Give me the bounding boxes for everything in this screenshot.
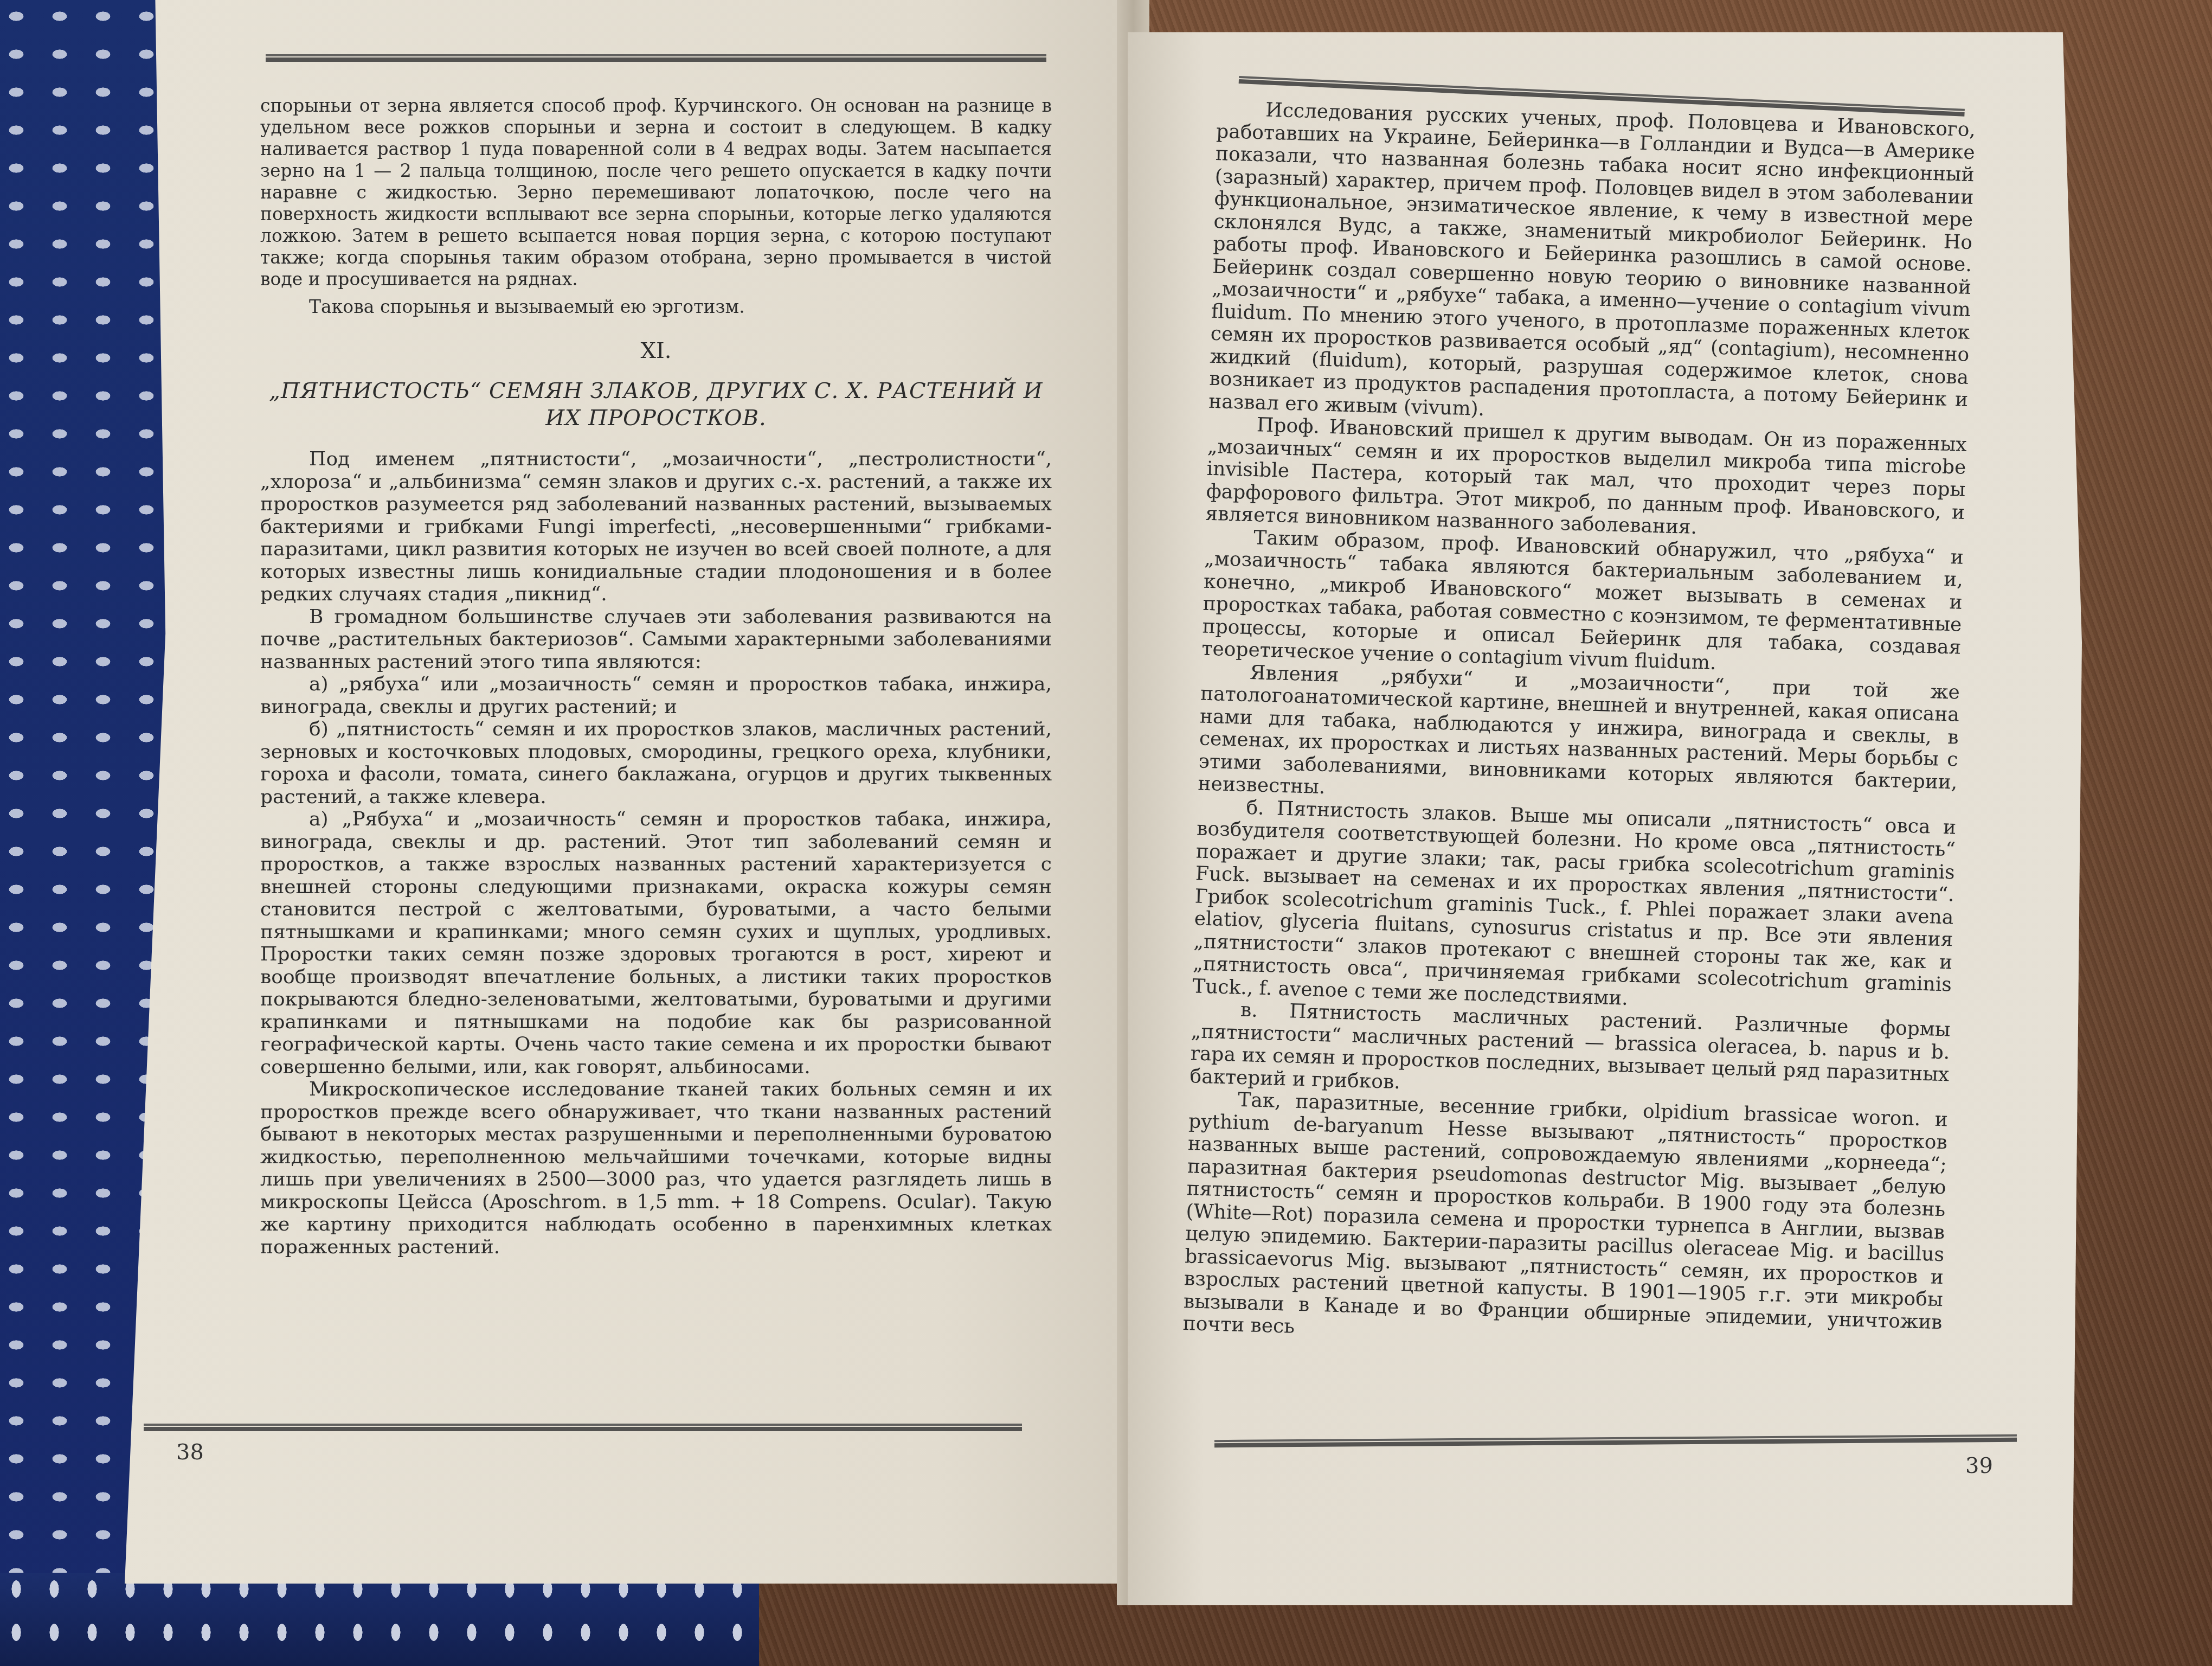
list-item-a: а) „рябуха“ или „мозаичность“ семян и пр… [260,673,1052,718]
section-a-paragraph: а) „Рябуха“ и „мозаичность“ семян и прор… [260,808,1052,1078]
left-page-text: спорыньи от зерна является способ проф. … [260,95,1052,1258]
top-rule-left [266,54,1046,62]
paragraph: Микроскопическое исследование тканей так… [260,1078,1052,1258]
section-b-paragraph: б. Пятнистость злаков. Выше мы описали „… [1192,795,1957,1018]
paragraph: Так, паразитные, весенние грибки, olpidi… [1182,1087,1948,1356]
paragraph: В громадном большинстве случаев эти забо… [260,606,1052,674]
closing-line: Такова спорынья и вызываемый ею эрготизм… [260,296,1052,318]
paragraph: Проф. Ивановский пришел к другим выводам… [1205,413,1967,547]
paragraph: Явления „рябухи“ и „мозаичности“, при то… [1198,660,1960,816]
paragraph: Исследования русских ученых, проф. Полов… [1208,98,1976,434]
page-number-right: 39 [1965,1453,1993,1478]
list-item-b: б) „пятнистость“ семян и их проростков з… [260,718,1052,808]
chapter-title: „ПЯТНИСТОСТЬ“ СЕМЯН ЗЛАКОВ, ДРУГИХ С. Х.… [260,377,1052,432]
blue-patterned-cloth-bottom [0,1573,759,1666]
bottom-rule-left [144,1424,1022,1431]
continuation-paragraph: спорыньи от зерна является способ проф. … [260,95,1052,290]
chapter-number: XI. [260,340,1052,363]
page-number-left: 38 [176,1440,204,1465]
paragraph: Таким образом, проф. Ивановский обнаружи… [1201,525,1964,681]
paragraph: Под именем „пятнистости“, „мозаичности“,… [260,448,1052,606]
right-page-text: Исследования русских ученых, проф. Полов… [1182,98,1976,1356]
